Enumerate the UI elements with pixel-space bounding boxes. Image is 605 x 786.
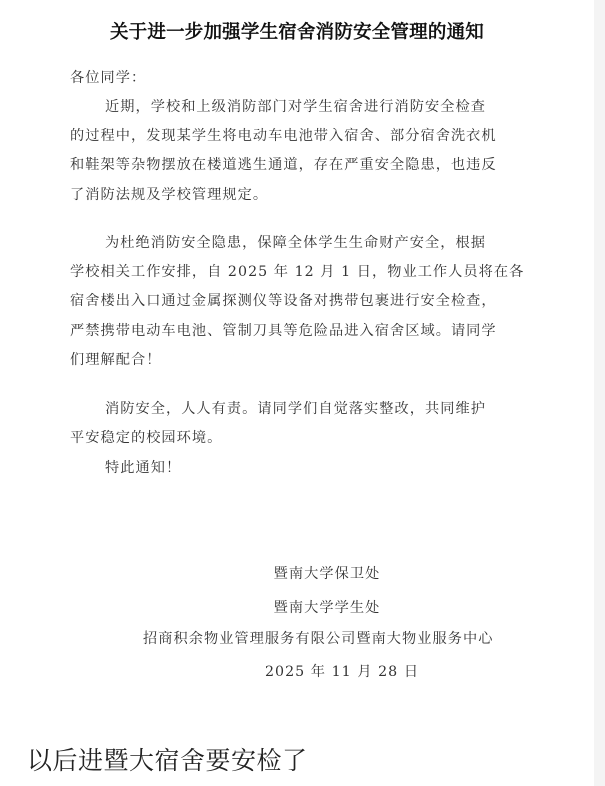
notice-date: 2025 年 11 月 28 日	[45, 661, 605, 681]
notice-paragraph-4: 特此通知！	[70, 454, 540, 483]
paragraph-line: 的过程中，发现某学生将电动车电池带入宿舍、部分宿舍洗衣机	[70, 122, 540, 151]
notice-paragraph-1: 近期，学校和上级消防部门对学生宿舍进行消防安全检查 的过程中，发现某学生将电动车…	[70, 93, 540, 210]
paragraph-line: 消防安全，人人有责。请同学们自觉落实整改，共同维护	[70, 395, 540, 424]
signature-security-office: 暨南大学保卫处	[30, 563, 605, 583]
paragraph-line: 们理解配合！	[70, 346, 540, 375]
paragraph-line: 和鞋架等杂物摆放在楼道逃生通道，存在严重安全隐患，也违反	[70, 151, 540, 180]
paragraph-line: 特此通知！	[70, 454, 540, 483]
post-caption: 以后进暨大宿舍要安检了	[27, 741, 308, 777]
paragraph-line: 为杜绝消防安全隐患，保障全体学生生命财产安全，根据	[70, 229, 540, 258]
paragraph-line: 平安稳定的校园环境。	[70, 424, 540, 453]
paragraph-line: 严禁携带电动车电池、管制刀具等危险品进入宿舍区域。请同学	[70, 317, 540, 346]
signature-property-management: 招商积余物业管理服务有限公司暨南大物业服务中心	[85, 628, 540, 648]
notice-paragraph-3: 消防安全，人人有责。请同学们自觉落实整改，共同维护 平安稳定的校园环境。	[70, 395, 540, 453]
notice-paragraph-2: 为杜绝消防安全隐患，保障全体学生生命财产安全，根据 学校相关工作安排，自 202…	[70, 229, 540, 375]
notice-image[interactable]: 关于进一步加强学生宿舍消防安全管理的通知 各位同学： 近期，学校和上级消防部门对…	[0, 0, 594, 722]
paragraph-line: 近期，学校和上级消防部门对学生宿舍进行消防安全检查	[70, 93, 540, 122]
notice-title: 关于进一步加强学生宿舍消防安全管理的通知	[0, 18, 594, 44]
paragraph-line: 了消防法规及学校管理规定。	[70, 181, 540, 210]
signature-student-affairs: 暨南大学学生处	[30, 597, 605, 617]
paragraph-line: 宿舍楼出入口通过金属探测仪等设备对携带包裹进行安全检查，	[70, 287, 540, 316]
paragraph-line: 学校相关工作安排，自 2025 年 12 月 1 日，物业工作人员将在各	[70, 258, 540, 287]
notice-salutation: 各位同学：	[70, 64, 540, 93]
